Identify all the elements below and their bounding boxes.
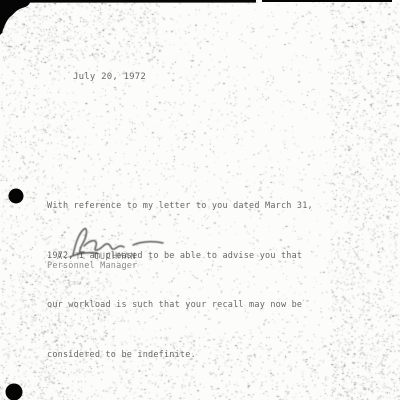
scanned-letter-page: July 20, 1972 With reference to my lette… (0, 0, 400, 400)
letter-body-line: considered to be indefinite. (47, 347, 313, 364)
letter-body-line: With reference to my letter to you dated… (47, 198, 313, 215)
signature-title: Personnel Manager (47, 261, 137, 271)
letter-date: July 20, 1972 (73, 72, 146, 82)
top-edge-scan-line-right (262, 0, 392, 2)
punch-hole-bottom (6, 384, 23, 400)
letter-body: With reference to my letter to you dated… (47, 165, 313, 396)
letter-body-line: our workload is such that your recall ma… (47, 297, 313, 314)
top-edge-scan-line (0, 0, 256, 3)
typist-initials: cmw (68, 279, 81, 287)
punch-hole-top (9, 189, 24, 204)
corner-scan-blob (0, 0, 30, 35)
